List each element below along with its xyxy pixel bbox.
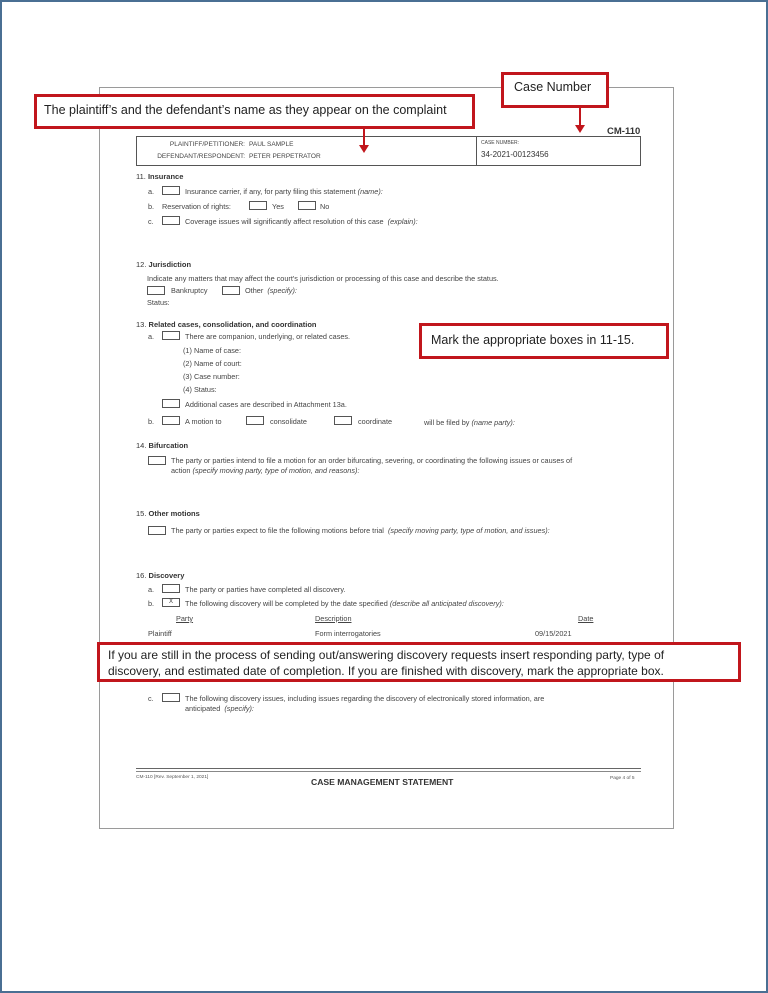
plaintiff-row: PLAINTIFF/PETITIONER: PAUL SAMPLE <box>137 139 477 151</box>
s13a-item-2: (2) Name of court: <box>183 359 242 368</box>
s13a-letter: a. <box>148 332 154 341</box>
footer-title: CASE MANAGEMENT STATEMENT <box>311 777 453 787</box>
s11a-text: Insurance carrier, if any, for party fil… <box>185 187 383 196</box>
s11b-yes-checkbox[interactable] <box>249 201 267 210</box>
defendant-label: DEFENDANT/RESPONDENT: <box>157 151 245 163</box>
footer-rule <box>136 768 641 769</box>
s16a-text: The party or parties have completed all … <box>185 585 345 594</box>
s13b-letter: b. <box>148 417 154 426</box>
s11b-letter: b. <box>148 202 154 211</box>
section-13-heading: 13. Related cases, consolidation, and co… <box>136 320 316 329</box>
footer-form-revision: CM-110 [Rev. September 1, 2021] <box>136 775 208 780</box>
s11a-checkbox[interactable] <box>162 186 180 195</box>
s13a-text: There are companion, underlying, or rela… <box>185 332 350 341</box>
s12-bankruptcy-label: Bankruptcy <box>171 286 208 295</box>
discovery-row-party: Plaintiff <box>148 629 172 638</box>
annotation-case-number: Case Number <box>501 72 609 108</box>
s13b-checkbox[interactable] <box>162 416 180 425</box>
s16b-checkbox-checked[interactable]: X <box>162 598 180 607</box>
discovery-header-party: Party <box>176 614 193 623</box>
s11a-letter: a. <box>148 187 154 196</box>
arrow-down-icon <box>363 129 365 146</box>
s13b-coordinate-checkbox[interactable] <box>334 416 352 425</box>
plaintiff-label: PLAINTIFF/PETITIONER: <box>170 139 245 151</box>
section-14-heading: 14. Bifurcation <box>136 441 188 450</box>
defendant-value: PETER PERPETRATOR <box>249 151 321 163</box>
s13b-filed-by: will be filed by (name party): <box>424 418 515 427</box>
s13-additional-text: Additional cases are described in Attach… <box>185 400 347 409</box>
case-caption: PLAINTIFF/PETITIONER: PAUL SAMPLE DEFEND… <box>136 136 641 166</box>
s11c-letter: c. <box>148 217 154 226</box>
section-16-heading: 16. Discovery <box>136 571 184 580</box>
discovery-row-date: 09/15/2021 <box>535 629 572 638</box>
s13b-consolidate-label: consolidate <box>270 417 307 426</box>
arrow-down-icon <box>579 108 581 126</box>
case-number-cell: CASE NUMBER: 34-2021-00123456 <box>477 137 640 165</box>
section-11-heading: 11. Insurance <box>136 172 183 181</box>
section-12-heading: 12. Jurisdiction <box>136 260 191 269</box>
annotation-party-names: The plaintiff’s and the defendant’s name… <box>34 94 475 129</box>
s11b-text: Reservation of rights: <box>162 202 231 211</box>
s16b-letter: b. <box>148 599 154 608</box>
s14-checkbox[interactable] <box>148 456 166 465</box>
case-number-label: CASE NUMBER: <box>481 140 519 146</box>
s11b-yes-label: Yes <box>272 202 284 211</box>
section-15-heading: 15. Other motions <box>136 509 200 518</box>
discovery-header-date: Date <box>578 614 593 623</box>
s13-additional-checkbox[interactable] <box>162 399 180 408</box>
s13a-item-1: (1) Name of case: <box>183 346 241 355</box>
plaintiff-value: PAUL SAMPLE <box>249 139 293 151</box>
s16c-text-line2: anticipated (specify): <box>185 704 254 713</box>
s16b-text: The following discovery will be complete… <box>185 599 504 608</box>
annotation-discovery: If you are still in the process of sendi… <box>97 642 741 682</box>
s16c-letter: c. <box>148 694 154 703</box>
s16c-checkbox[interactable] <box>162 693 180 702</box>
footer-rule-2 <box>136 771 641 772</box>
s11b-no-checkbox[interactable] <box>298 201 316 210</box>
s13a-checkbox[interactable] <box>162 331 180 340</box>
s16a-letter: a. <box>148 585 154 594</box>
s12-status: Status: <box>147 298 170 307</box>
s14-text-line2: action (specify moving party, type of mo… <box>171 466 359 475</box>
case-number-value: 34-2021-00123456 <box>481 150 549 159</box>
s13a-item-3: (3) Case number: <box>183 372 240 381</box>
parties-cell: PLAINTIFF/PETITIONER: PAUL SAMPLE DEFEND… <box>137 137 477 165</box>
s12-other-label: Other (specify): <box>245 286 297 295</box>
s16c-text-line1: The following discovery issues, includin… <box>185 694 544 703</box>
discovery-header-description: Description <box>315 614 352 623</box>
s16a-checkbox[interactable] <box>162 584 180 593</box>
s11c-checkbox[interactable] <box>162 216 180 225</box>
s15-text: The party or parties expect to file the … <box>171 526 550 535</box>
s14-text-line1: The party or parties intend to file a mo… <box>171 456 572 465</box>
annotation-mark-boxes: Mark the appropriate boxes in 11-15. <box>419 323 669 359</box>
s11c-text: Coverage issues will significantly affec… <box>185 217 418 226</box>
s13b-coordinate-label: coordinate <box>358 417 392 426</box>
discovery-row-description: Form interrogatories <box>315 629 381 638</box>
defendant-row: DEFENDANT/RESPONDENT: PETER PERPETRATOR <box>137 151 477 163</box>
s12-intro: Indicate any matters that may affect the… <box>147 274 499 283</box>
s15-checkbox[interactable] <box>148 526 166 535</box>
footer-page-number: Page 4 of 5 <box>610 776 635 781</box>
s13b-consolidate-checkbox[interactable] <box>246 416 264 425</box>
s11b-no-label: No <box>320 202 329 211</box>
s12-bankruptcy-checkbox[interactable] <box>147 286 165 295</box>
s12-other-checkbox[interactable] <box>222 286 240 295</box>
s13a-item-4: (4) Status: <box>183 385 217 394</box>
s13b-text: A motion to <box>185 417 222 426</box>
